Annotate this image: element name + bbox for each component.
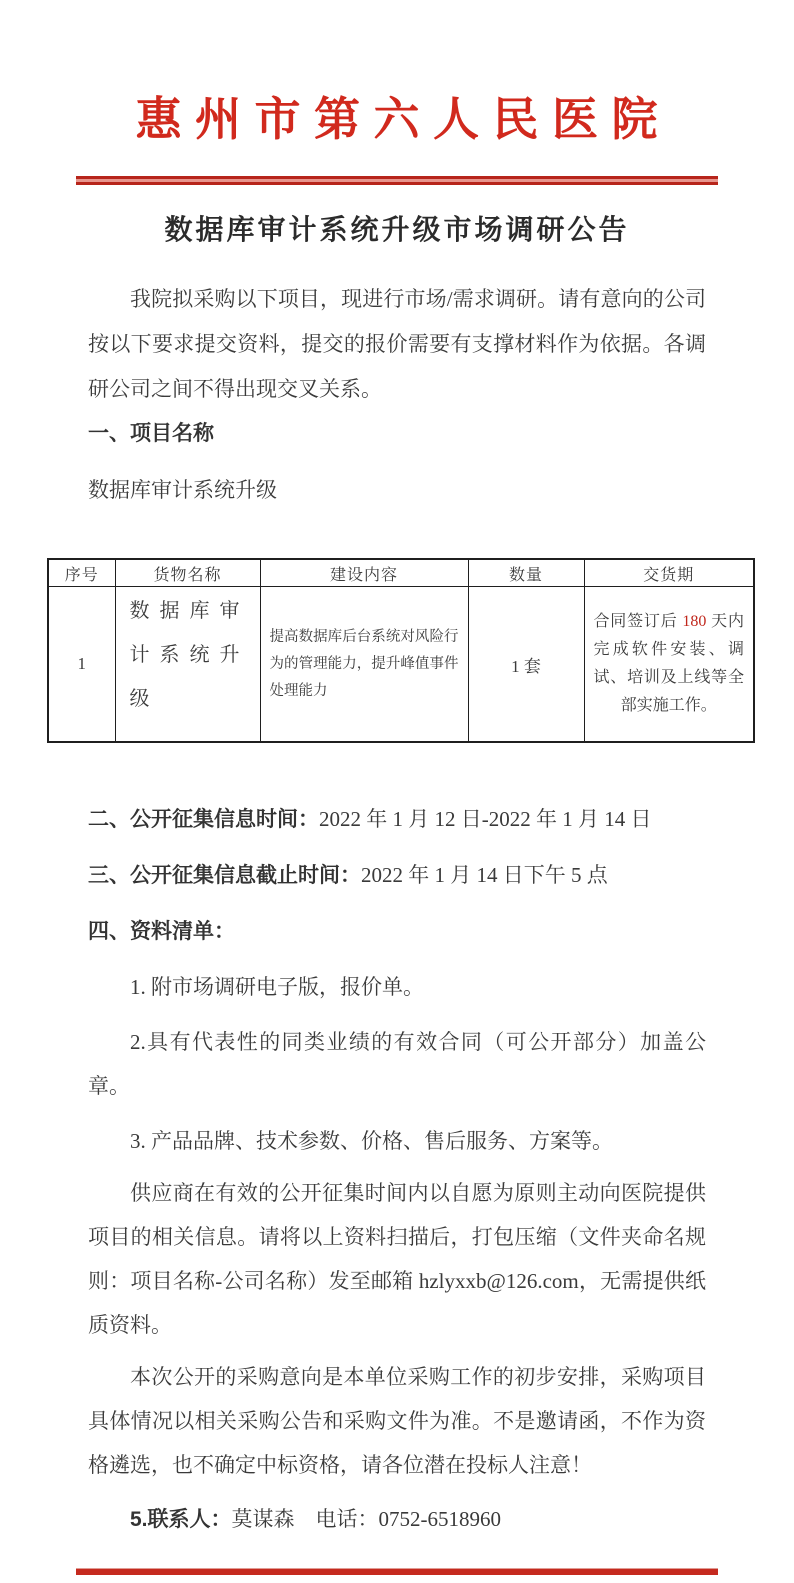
notice-paragraph: 本次公开的采购意向是本单位采购工作的初步安排，采购项目具体情况以相关采购公告和采… — [88, 1355, 706, 1487]
contact-line: 5.联系人：莫谋森 电话：0752-6518960 — [88, 1497, 706, 1542]
announcement-document: 惠 州 市 第 六 人 民 医 院 数据库审计系统升级市场调研公告 我院拟采购以… — [0, 0, 794, 1583]
list-item-1: 1. 附市场调研电子版，报价单。 — [88, 965, 706, 1009]
section-3-label: 三、公开征集信息截止时间： — [88, 864, 361, 887]
procurement-table: 序号 货物名称 建设内容 数量 交货期 1 数据库审计系统升级 提高数据库后台系… — [47, 558, 755, 743]
contact-label: 5.联系人： — [130, 1508, 232, 1531]
footer-rule — [76, 1568, 718, 1575]
cell-seq: 1 — [48, 587, 115, 743]
section-3-value: 2022 年 1 月 14 日下午 5 点 — [361, 863, 608, 887]
intro-paragraph: 我院拟采购以下项目，现进行市场/需求调研。请有意向的公司按以下要求提交资料，提交… — [88, 277, 706, 412]
list-item-3: 3. 产品品牌、技术参数、价格、售后服务、方案等。 — [88, 1119, 706, 1163]
section-1-heading: 一、项目名称 — [88, 418, 706, 450]
section-3-line: 三、公开征集信息截止时间：2022 年 1 月 14 日下午 5 点 — [88, 853, 706, 898]
document-title: 数据库审计系统升级市场调研公告 — [88, 213, 706, 249]
project-name: 数据库审计系统升级 — [88, 474, 706, 506]
delivery-text-prefix: 合同签订后 — [594, 613, 683, 630]
section-4-heading: 四、资料清单： — [88, 920, 235, 943]
section-2-label: 二、公开征集信息时间： — [88, 808, 319, 831]
contact-value: 莫谋森 电话：0752-6518960 — [232, 1507, 502, 1531]
col-header-goods: 货物名称 — [115, 559, 260, 587]
col-header-content: 建设内容 — [260, 559, 468, 587]
list-item-2: 2.具有代表性的同类业绩的有效合同（可公开部分）加盖公章。 — [88, 1020, 706, 1108]
section-2-line: 二、公开征集信息时间：2022 年 1 月 12 日-2022 年 1 月 14… — [88, 797, 706, 842]
delivery-days-highlight: 180 — [682, 613, 706, 630]
col-header-qty: 数量 — [468, 559, 584, 587]
cell-goods-name: 数据库审计系统升级 — [115, 587, 260, 743]
hospital-letterhead: 惠 州 市 第 六 人 民 医 院 — [88, 90, 706, 150]
col-header-seq: 序号 — [48, 559, 115, 587]
section-2-value: 2022 年 1 月 12 日-2022 年 1 月 14 日 — [319, 807, 652, 831]
cell-quantity: 1 套 — [468, 587, 584, 743]
section-4-heading-line: 四、资料清单： — [88, 909, 706, 954]
cell-build-content: 提高数据库后台系统对风险行为的管理能力，提升峰值事件处理能力 — [260, 587, 468, 743]
col-header-delivery: 交货期 — [584, 559, 754, 587]
letterhead-divider-rule — [76, 176, 718, 185]
cell-delivery-period: 合同签订后 180 天内完成软件安装、调试、培训及上线等全部实施工作。 — [584, 587, 754, 743]
table-row: 1 数据库审计系统升级 提高数据库后台系统对风险行为的管理能力，提升峰值事件处理… — [48, 587, 754, 743]
table-header-row: 序号 货物名称 建设内容 数量 交货期 — [48, 559, 754, 587]
supplier-paragraph: 供应商在有效的公开征集时间内以自愿为原则主动向医院提供项目的相关信息。请将以上资… — [88, 1171, 706, 1347]
